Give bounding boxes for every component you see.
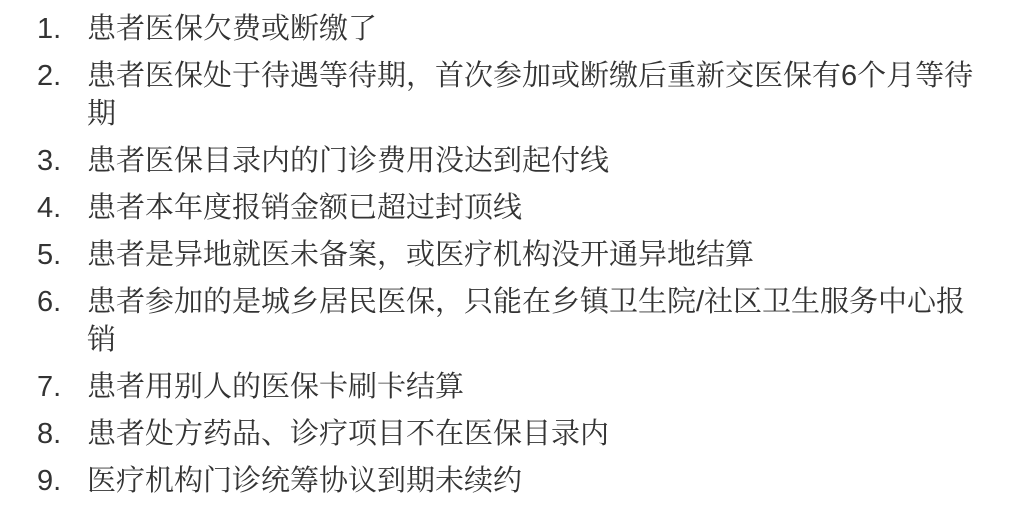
list-item-text: 患者医保目录内的门诊费用没达到起付线 [87,145,609,177]
list-item: 9. 医疗机构门诊统筹协议到期未续约 [0,462,990,500]
list-item-number: 3. [37,142,61,180]
list-item-number: 5. [37,236,61,274]
list-item-number: 6. [37,283,61,321]
list-item: 3. 患者医保目录内的门诊费用没达到起付线 [0,142,990,180]
list-item: 6. 患者参加的是城乡居民医保，只能在乡镇卫生院/社区卫生服务中心报销 [0,283,990,359]
list-item-text: 医疗机构门诊统筹协议到期未续约 [87,465,522,497]
list-item-text: 患者用别人的医保卡刷卡结算 [87,371,464,403]
list-item: 8. 患者处方药品、诊疗项目不在医保目录内 [0,415,990,453]
list-item: 1. 患者医保欠费或断缴了 [0,10,990,48]
list-item-number: 1. [37,10,61,48]
list-item: 7. 患者用别人的医保卡刷卡结算 [0,368,990,406]
list-item: 5. 患者是异地就医未备案，或医疗机构没开通异地结算 [0,236,990,274]
numbered-reasons-list: 1. 患者医保欠费或断缴了 2. 患者医保处于待遇等待期，首次参加或断缴后重新交… [0,0,990,500]
list-item-text: 患者参加的是城乡居民医保，只能在乡镇卫生院/社区卫生服务中心报销 [87,286,965,356]
list-item-text: 患者是异地就医未备案，或医疗机构没开通异地结算 [87,239,754,271]
list-item-text: 患者医保欠费或断缴了 [87,13,377,45]
list-item-text: 患者本年度报销金额已超过封顶线 [87,192,522,224]
list-item-number: 2. [37,57,61,95]
list-item: 4. 患者本年度报销金额已超过封顶线 [0,189,990,227]
list-item: 2. 患者医保处于待遇等待期，首次参加或断缴后重新交医保有6个月等待期 [0,57,990,133]
list-item-number: 8. [37,415,61,453]
list-item-text: 患者医保处于待遇等待期，首次参加或断缴后重新交医保有6个月等待期 [87,60,973,130]
list-item-text: 患者处方药品、诊疗项目不在医保目录内 [87,418,609,450]
list-item-number: 7. [37,368,61,406]
list-item-number: 9. [37,462,61,500]
list-item-number: 4. [37,189,61,227]
